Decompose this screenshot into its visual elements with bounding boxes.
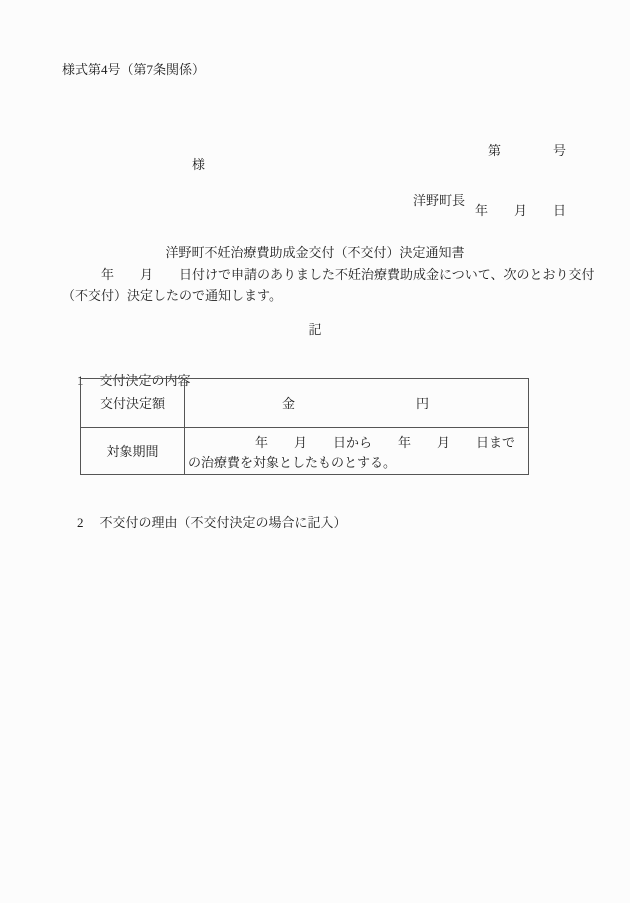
amount-prefix: 金: [282, 397, 295, 410]
section-2-heading: 2不交付の理由（不交付決定の場合に記入）: [64, 503, 347, 542]
document-date-line: 年 月 日: [475, 201, 566, 221]
document-title: 洋野町不妊治療費助成金交付（不交付）決定通知書: [0, 246, 630, 259]
document-page: 様式第4号（第7条関係） 第 号 年 月 日 様 洋野町長 洋野町不妊治療費助成…: [0, 0, 630, 903]
addressee-suffix: 様: [192, 158, 205, 171]
ki-marker: 記: [0, 323, 630, 336]
body-paragraph-line2: （不交付）決定したので通知します。: [62, 289, 282, 302]
grant-amount-value-cell: 金 円: [185, 379, 528, 427]
sender-title: 洋野町長: [413, 194, 465, 207]
table-row-target-period: 対象期間 年 月 日から 年 月 日まで の治療費を対象としたものとする。: [81, 427, 528, 474]
grant-amount-label-cell: 交付決定額: [81, 379, 185, 427]
grant-decision-table: 交付決定額 金 円 対象期間 年 月 日から 年 月 日まで の治療費を対象とし…: [80, 378, 529, 475]
target-period-label-cell: 対象期間: [81, 428, 185, 474]
target-period-value-cell: 年 月 日から 年 月 日まで の治療費を対象としたものとする。: [185, 428, 528, 474]
section-2-number: 2: [77, 515, 84, 530]
document-id-block: 第 号 年 月 日: [475, 101, 566, 261]
table-row-grant-amount: 交付決定額 金 円: [81, 379, 528, 427]
form-number: 様式第4号（第7条関係）: [62, 63, 205, 76]
section-2-title: 不交付の理由（不交付決定の場合に記入）: [100, 515, 347, 530]
period-note-line: の治療費を対象としたものとする。: [185, 453, 528, 473]
document-number-line: 第 号: [475, 141, 566, 161]
period-dates-line: 年 月 日から 年 月 日まで: [185, 433, 528, 453]
body-paragraph-line1: 年 月 日付けで申請のありました不妊治療費助成金について、次のとおり交付: [62, 268, 594, 281]
amount-suffix: 円: [416, 397, 429, 410]
